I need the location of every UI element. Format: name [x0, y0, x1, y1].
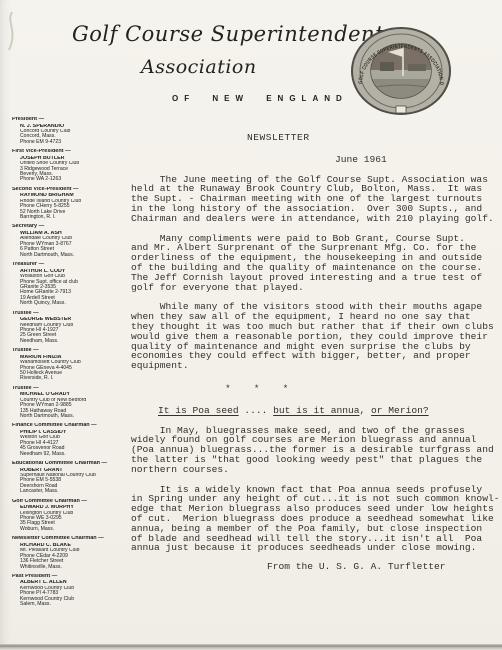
- officer-entry: Second Vice-President —RAYMOND BRIGHAMRh…: [12, 187, 118, 221]
- officer-details: Wanamoisett Country Club Phone GEneva 4-…: [20, 360, 118, 382]
- body-paragraph: It is a widely known fact that Poa annua…: [131, 485, 499, 554]
- body-paragraph: In May, bluegrasses make seed, and two o…: [131, 426, 499, 475]
- newsletter-masthead: NEWSLETTER: [247, 133, 499, 143]
- officer-details: Lexington Country Club Phone WE 3-0295 3…: [20, 511, 118, 533]
- officer-entry: President —N. J. SPERANDIOConcord Countr…: [12, 117, 118, 145]
- officer-title: Trustee —: [12, 348, 118, 354]
- officer-entry: Trustee —MARION FINIZIAWanamoisett Count…: [12, 348, 118, 382]
- scanned-newsletter-page: Golf Course Superintendents Association …: [0, 0, 502, 650]
- officer-entry: Past President —ALBERT L. ALLENKernwood …: [12, 574, 118, 608]
- officers-sidebar: President —N. J. SPERANDIOConcord Countr…: [12, 117, 118, 612]
- section-separator: * * *: [131, 384, 499, 394]
- heading-underlined-text: but is it annua: [273, 405, 359, 416]
- officer-entry: Finance Committee Chairman —PHILIP I. CA…: [12, 423, 118, 457]
- officer-details: Wollaston Golf Club Phone Supt. office a…: [20, 274, 118, 306]
- officer-entry: Trustee —GEORGE WEBSTERNeedham Country C…: [12, 311, 118, 345]
- officer-entry: Treasurer —ARTHUR L. CODYWollaston Golf …: [12, 262, 118, 306]
- body-paragraph: Many compliments were paid to Bob Grant,…: [131, 234, 499, 293]
- officer-details: United Shoe Country Club 3 Ridgewood Ter…: [20, 161, 118, 183]
- officer-entry: Secretary —WILLIAM A. ASHAllendale Count…: [12, 224, 118, 258]
- letterhead-title-line1: Golf Course Superintendents: [72, 22, 395, 46]
- officer-title: Trustee —: [12, 386, 118, 392]
- paper-crease-mark: [3, 10, 25, 54]
- meeting-report-paragraphs: The June meeting of the Golf Course Supt…: [131, 175, 499, 371]
- officer-title: Educational Committee Chairman —: [12, 461, 118, 467]
- officer-title: Secretary —: [12, 224, 118, 230]
- association-seal: GOLF COURSE SUPERINTENDENTS ASSOCIATION …: [350, 26, 452, 116]
- heading-underlined-text: It is Poa seed: [158, 405, 239, 416]
- officer-entry: First Vice-President —JOSEPH BUTLERUnite…: [12, 149, 118, 183]
- officer-details: Allendale Country Club Phone WYman 3-876…: [20, 236, 118, 258]
- heading-plain-text: ,: [360, 405, 372, 416]
- heading-underlined-text: or Merion?: [371, 405, 429, 416]
- officer-title: Golf Committee Chairman —: [12, 499, 118, 505]
- letterhead-subtitle: OF NEW ENGLAND: [172, 94, 348, 103]
- officer-entry: Educational Committee Chairman —ROBERT G…: [12, 461, 118, 495]
- seal-banner-tab: [396, 106, 406, 113]
- heading-plain-text: ....: [239, 405, 274, 416]
- officer-details: Supernault National Country Club Phone E…: [20, 473, 118, 495]
- officer-entry: Trustee —MICHAEL O'GRADYCountry Club of …: [12, 386, 118, 420]
- officer-title: Second Vice-President —: [12, 187, 118, 193]
- officer-title: Past President —: [12, 574, 118, 580]
- officer-details: Concord Country Club Concord, Mass. Phon…: [20, 129, 118, 145]
- officer-title: Newsletter Committee Chairman —: [12, 536, 118, 542]
- newsletter-body: NEWSLETTER June 1961 The June meeting of…: [131, 133, 499, 572]
- officer-entry: Newsletter Committee Chairman —RICHARD C…: [12, 536, 118, 570]
- officer-title: First Vice-President —: [12, 149, 118, 155]
- officer-details: Rhode Island Country Club Phone CHerry 5…: [20, 199, 118, 221]
- officer-details: Needham Country Club Phone HI 4-1927 25 …: [20, 323, 118, 345]
- officer-details: Country Club of New Bedford Phone WYman …: [20, 398, 118, 420]
- issue-date: June 1961: [335, 155, 499, 165]
- article-heading: It is Poa seed .... but is it annua, or …: [131, 406, 499, 416]
- letterhead-title-line2: Association: [141, 56, 257, 78]
- officer-title: Finance Committee Chairman —: [12, 423, 118, 429]
- officer-details: Weston Golf Club Phone HI 4-4127 45 Gros…: [20, 435, 118, 457]
- officer-title: Trustee —: [12, 311, 118, 317]
- officer-entry: Golf Committee Chairman —EDWARD J. MURPH…: [12, 499, 118, 533]
- officer-details: Mt. Pleasant Country Club Phone CEdar 4-…: [20, 548, 118, 570]
- officer-title: Treasurer —: [12, 262, 118, 268]
- attribution-line: From the U. S. G. A. Turfletter: [131, 562, 499, 572]
- body-paragraph: The June meeting of the Golf Course Supt…: [131, 175, 499, 224]
- officer-title: President —: [12, 117, 118, 123]
- page-bottom-edge: [0, 644, 502, 650]
- body-paragraph: While many of the visitors stood with th…: [131, 302, 499, 371]
- article-paragraphs: In May, bluegrasses make seed, and two o…: [131, 426, 499, 554]
- officer-details: Kernwood Country Club Phone PI 4-7783 Ke…: [20, 586, 118, 608]
